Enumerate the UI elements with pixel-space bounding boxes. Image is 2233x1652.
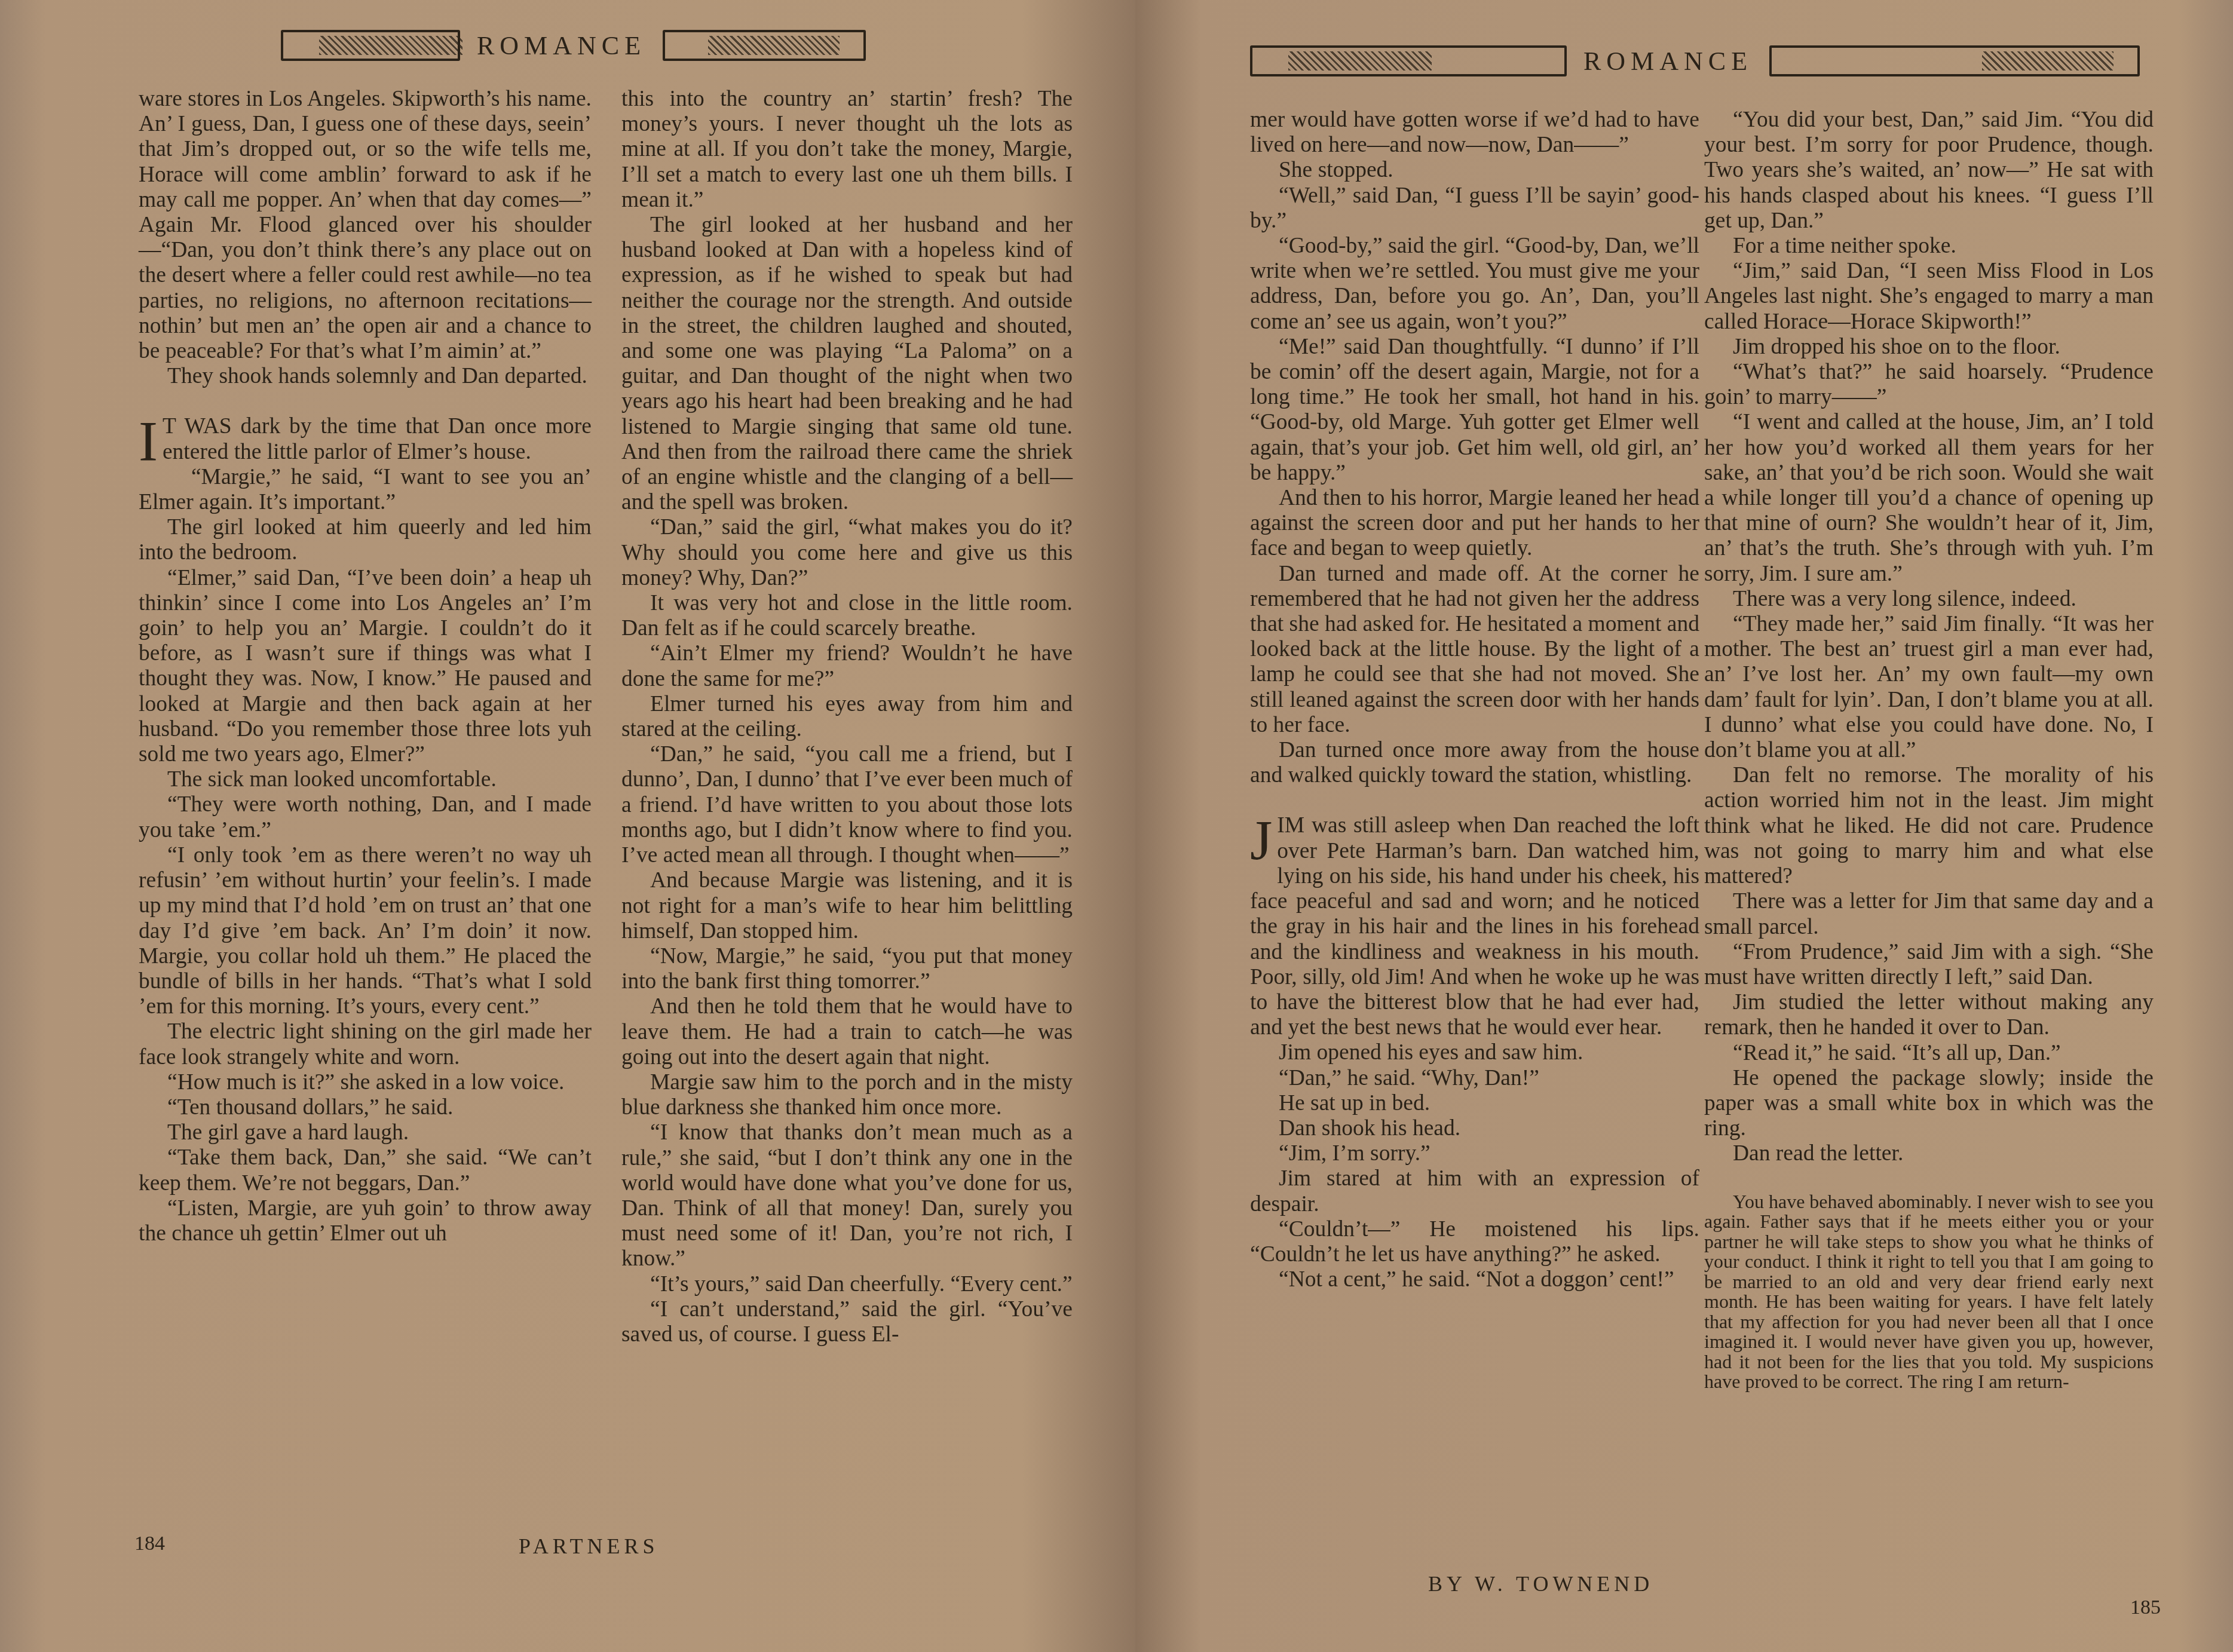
header-ornament-left [281, 30, 460, 61]
paragraph-text: “Dan,” said the girl, “what makes you do… [621, 515, 1073, 590]
paragraph: Dan read the letter. [1704, 1141, 2154, 1166]
paragraph: Jim dropped his shoe on to the floor. [1704, 335, 2154, 360]
paragraph: Dan turned once more away from the house… [1250, 738, 1699, 788]
paragraph-text: The electric light shining on the girl m… [139, 1019, 592, 1069]
paragraph-text: “Me!” said Dan thoughtfully. “I dunno’ i… [1250, 335, 1699, 485]
paragraph-text: “I know that thanks don’t mean much as a… [621, 1120, 1073, 1271]
right-page: ROMANCE mer would have gotten worse if w… [1135, 0, 2233, 1652]
paragraph: “Me!” said Dan thoughtfully. “I dunno’ i… [1250, 335, 1699, 486]
paragraph: He opened the package slowly; inside the… [1704, 1066, 2154, 1142]
paragraph-text: “What’s that?” he said hoarsely. “Pruden… [1704, 360, 2154, 409]
running-head-title: ROMANCE [1583, 46, 1753, 76]
paragraph-text: “Good-by,” said the girl. “Good-by, Dan,… [1250, 234, 1699, 334]
paragraph: mer would have gotten worse if we’d had … [1250, 108, 1699, 158]
paragraph: “Good-by,” said the girl. “Good-by, Dan,… [1250, 234, 1699, 335]
paragraph-text: Jim dropped his shoe on to the floor. [1733, 335, 2060, 359]
paragraph-text: “It’s yours,” said Dan cheerfully. “Ever… [650, 1272, 1073, 1297]
paragraph: The girl gave a hard laugh. [139, 1120, 592, 1145]
column-1: ware stores in Los Angeles. Skipworth’s … [139, 87, 592, 1246]
paragraph: “Elmer,” said Dan, “I’ve been doin’ a he… [139, 566, 592, 768]
paragraph-text: “How much is it?” she asked in a low voi… [167, 1070, 564, 1095]
paragraph-text: “Ain’t Elmer my friend? Wouldn’t he have… [621, 641, 1073, 691]
paragraph: “Ain’t Elmer my friend? Wouldn’t he have… [621, 641, 1073, 691]
paragraph: “From Prudence,” said Jim with a sigh. “… [1704, 940, 2154, 990]
paragraph: And then to his horror, Margie leaned he… [1250, 486, 1699, 562]
paragraph-text: He sat up in bed. [1279, 1091, 1430, 1115]
paragraph: They shook hands solemnly and Dan depart… [139, 364, 592, 389]
paragraph: “Dan,” he said, “you call me a friend, b… [621, 742, 1073, 868]
paragraph: “Take them back, Dan,” she said. “We can… [139, 1145, 592, 1196]
paragraph-text: And because Margie was listening, and it… [621, 868, 1073, 943]
paragraph: Dan turned and made off. At the corner h… [1250, 562, 1699, 738]
paragraph-text: Dan turned once more away from the house… [1250, 738, 1699, 787]
paragraph-text: “I went and called at the house, Jim, an… [1704, 410, 2154, 586]
header-ornament-left [1250, 45, 1567, 76]
quoted-letter: You have behaved abominably. I never wis… [1704, 1192, 2154, 1392]
paragraph: “Ten thousand dollars,” he said. [139, 1095, 592, 1120]
paragraph-text: this into the country an’ startin’ fresh… [621, 87, 1073, 212]
paragraph: Dan shook his head. [1250, 1116, 1699, 1141]
left-page: ROMANCE ware stores in Los Angeles. Skip… [0, 0, 1135, 1652]
paragraph-text: The girl gave a hard laugh. [167, 1120, 409, 1145]
paragraph: And then he told them that he would have… [621, 994, 1073, 1070]
paragraph-text: Jim studied the letter without making an… [1704, 990, 2154, 1040]
running-header: ROMANCE [281, 30, 866, 61]
paragraph: “Now, Margie,” he said, “you put that mo… [621, 944, 1073, 994]
footer-title: BY W. TOWNEND [1428, 1571, 1653, 1596]
paragraph-text: “They made her,” said Jim finally. “It w… [1704, 612, 2154, 762]
paragraph: “They made her,” said Jim finally. “It w… [1704, 612, 2154, 763]
paragraph: “Jim, I’m sorry.” [1250, 1141, 1699, 1166]
paragraph: “Jim,” said Dan, “I seen Miss Flood in L… [1704, 259, 2154, 335]
paragraph-text: “Well,” said Dan, “I guess I’ll be sayin… [1250, 183, 1699, 233]
paragraph-text: The sick man looked uncomfortable. [167, 767, 497, 792]
paragraph-text: She stopped. [1279, 158, 1393, 182]
paragraph-text: And then he told them that he would have… [621, 994, 1073, 1069]
paragraph: And because Margie was listening, and it… [621, 868, 1073, 944]
paragraph: Jim studied the letter without making an… [1704, 990, 2154, 1040]
column-2: “You did your best, Dan,” said Jim. “You… [1704, 108, 2154, 1392]
paragraph: “Well,” said Dan, “I guess I’ll be sayin… [1250, 183, 1699, 234]
paragraph: For a time neither spoke. [1704, 234, 2154, 259]
paragraph: Elmer turned his eyes away from him and … [621, 692, 1073, 742]
paragraph-text: “Ten thousand dollars,” he said. [167, 1095, 454, 1120]
paragraph: The electric light shining on the girl m… [139, 1019, 592, 1069]
paragraph: “Dan,” said the girl, “what makes you do… [621, 515, 1073, 591]
paragraph-text: Dan turned and made off. At the corner h… [1250, 562, 1699, 737]
drop-cap: I [139, 418, 158, 465]
paragraph-text: “Jim,” said Dan, “I seen Miss Flood in L… [1704, 259, 2154, 333]
paragraph-text: “Dan,” he said, “you call me a friend, b… [621, 742, 1073, 868]
section-opening-paragraph: IT WAS dark by the time that Dan once mo… [139, 414, 592, 464]
paragraph: this into the country an’ startin’ fresh… [621, 87, 1073, 213]
paragraph-text: They shook hands solemnly and Dan depart… [167, 364, 587, 388]
paragraph: The girl looked at her husband and her h… [621, 213, 1073, 515]
paragraph-text: The girl looked at him queerly and led h… [139, 515, 592, 565]
paragraph-text: And then to his horror, Margie leaned he… [1250, 486, 1699, 560]
paragraph-text: For a time neither spoke. [1733, 234, 1956, 258]
paragraph-text: “Not a cent,” he said. “Not a doggon’ ce… [1279, 1267, 1674, 1292]
paragraph: Margie saw him to the porch and in the m… [621, 1070, 1073, 1120]
paragraph-text: T WAS dark by the time that Dan once mor… [163, 414, 592, 464]
paragraph: “I went and called at the house, Jim, an… [1704, 410, 2154, 586]
paragraph: “Margie,” he said, “I want to see you an… [139, 465, 592, 515]
paragraph-text: Margie saw him to the porch and in the m… [621, 1070, 1073, 1120]
header-ornament-right [1769, 45, 2140, 76]
running-header: ROMANCE [1250, 45, 2140, 76]
paragraph: “Dan,” he said. “Why, Dan!” [1250, 1066, 1699, 1091]
paragraph: It was very hot and close in the little … [621, 591, 1073, 641]
paragraph: “You did your best, Dan,” said Jim. “You… [1704, 108, 2154, 234]
paragraph-text: “Elmer,” said Dan, “I’ve been doin’ a he… [139, 566, 592, 767]
paragraph-text: Elmer turned his eyes away from him and … [621, 692, 1073, 741]
paragraph-text: ware stores in Los Angeles. Skipworth’s … [139, 87, 592, 363]
paragraph-text: The girl looked at her husband and her h… [621, 213, 1073, 514]
paragraph: “It’s yours,” said Dan cheerfully. “Ever… [621, 1272, 1073, 1297]
page-number: 184 [134, 1533, 165, 1555]
paragraph-text: There was a letter for Jim that same day… [1704, 889, 2154, 939]
paragraph-text: “Dan,” he said. “Why, Dan!” [1279, 1066, 1539, 1090]
paragraph: There was a letter for Jim that same day… [1704, 889, 2154, 939]
paragraph: The girl looked at him queerly and led h… [139, 515, 592, 565]
paragraph-text: Dan read the letter. [1733, 1141, 1903, 1166]
paragraph-text: mer would have gotten worse if we’d had … [1250, 108, 1699, 157]
paragraph: “What’s that?” he said hoarsely. “Pruden… [1704, 360, 2154, 410]
paragraph-text: “Jim, I’m sorry.” [1279, 1141, 1431, 1166]
paragraph-text: Dan shook his head. [1279, 1116, 1460, 1141]
paragraph: There was a very long silence, indeed. [1704, 587, 2154, 612]
paragraph: ware stores in Los Angeles. Skipworth’s … [139, 87, 592, 364]
paragraph: “I can’t understand,” said the girl. “Yo… [621, 1297, 1073, 1347]
paragraph-text: “They were worth nothing, Dan, and I mad… [139, 792, 592, 842]
paragraph: He sat up in bed. [1250, 1091, 1699, 1116]
paragraph-text: “I can’t understand,” said the girl. “Yo… [621, 1297, 1073, 1347]
paragraph: The sick man looked uncomfortable. [139, 767, 592, 792]
paragraph: Jim stared at him with an expression of … [1250, 1166, 1699, 1216]
paragraph-text: IM was still asleep when Dan reached the… [1250, 813, 1699, 1040]
paragraph: “They were worth nothing, Dan, and I mad… [139, 792, 592, 842]
paragraph-text: “Listen, Margie, are yuh goin’ to throw … [139, 1196, 592, 1246]
paragraph: She stopped. [1250, 158, 1699, 183]
paragraph-text: “Take them back, Dan,” she said. “We can… [139, 1145, 592, 1195]
paragraph: Jim opened his eyes and saw him. [1250, 1040, 1699, 1065]
paragraph-text: “You did your best, Dan,” said Jim. “You… [1704, 108, 2154, 233]
paragraph-text: He opened the package slowly; inside the… [1704, 1066, 2154, 1141]
section-opening-paragraph: JIM was still asleep when Dan reached th… [1250, 813, 1699, 1040]
paragraph: “How much is it?” she asked in a low voi… [139, 1070, 592, 1095]
paragraph-text: “Margie,” he said, “I want to see you an… [139, 465, 592, 514]
paragraph: “I know that thanks don’t mean much as a… [621, 1120, 1073, 1271]
paragraph-text: “Now, Margie,” he said, “you put that mo… [621, 944, 1073, 994]
paragraph-text: It was very hot and close in the little … [621, 591, 1073, 640]
paragraph-text: Jim stared at him with an expression of … [1250, 1166, 1699, 1216]
drop-cap: J [1250, 817, 1272, 865]
paragraph-text: “Couldn’t—” He moistened his lips. “Coul… [1250, 1217, 1699, 1267]
paragraph-text: “From Prudence,” said Jim with a sigh. “… [1704, 940, 2154, 989]
paragraph-text: “Read it,” he said. “It’s all up, Dan.” [1733, 1041, 2061, 1065]
paragraph-text: There was a very long silence, indeed. [1733, 587, 2076, 611]
footer-title: PARTNERS [519, 1534, 659, 1559]
running-head-title: ROMANCE [477, 30, 646, 61]
paragraph: “Read it,” he said. “It’s all up, Dan.” [1704, 1041, 2154, 1066]
paragraph: “Listen, Margie, are yuh goin’ to throw … [139, 1196, 592, 1246]
column-1: mer would have gotten worse if we’d had … [1250, 108, 1699, 1292]
page-number: 185 [2130, 1596, 2161, 1619]
paragraph-text: Dan felt no remorse. The morality of his… [1704, 763, 2154, 888]
column-2: this into the country an’ startin’ fresh… [621, 87, 1073, 1347]
paragraph: “Not a cent,” he said. “Not a doggon’ ce… [1250, 1267, 1699, 1292]
paragraph-text: Jim opened his eyes and saw him. [1279, 1040, 1583, 1065]
paragraph: “I only took ’em as there weren’t no way… [139, 843, 592, 1019]
header-ornament-right [663, 30, 866, 61]
paragraph: Dan felt no remorse. The morality of his… [1704, 763, 2154, 889]
paragraph: “Couldn’t—” He moistened his lips. “Coul… [1250, 1217, 1699, 1267]
paragraph-text: “I only took ’em as there weren’t no way… [139, 843, 592, 1019]
